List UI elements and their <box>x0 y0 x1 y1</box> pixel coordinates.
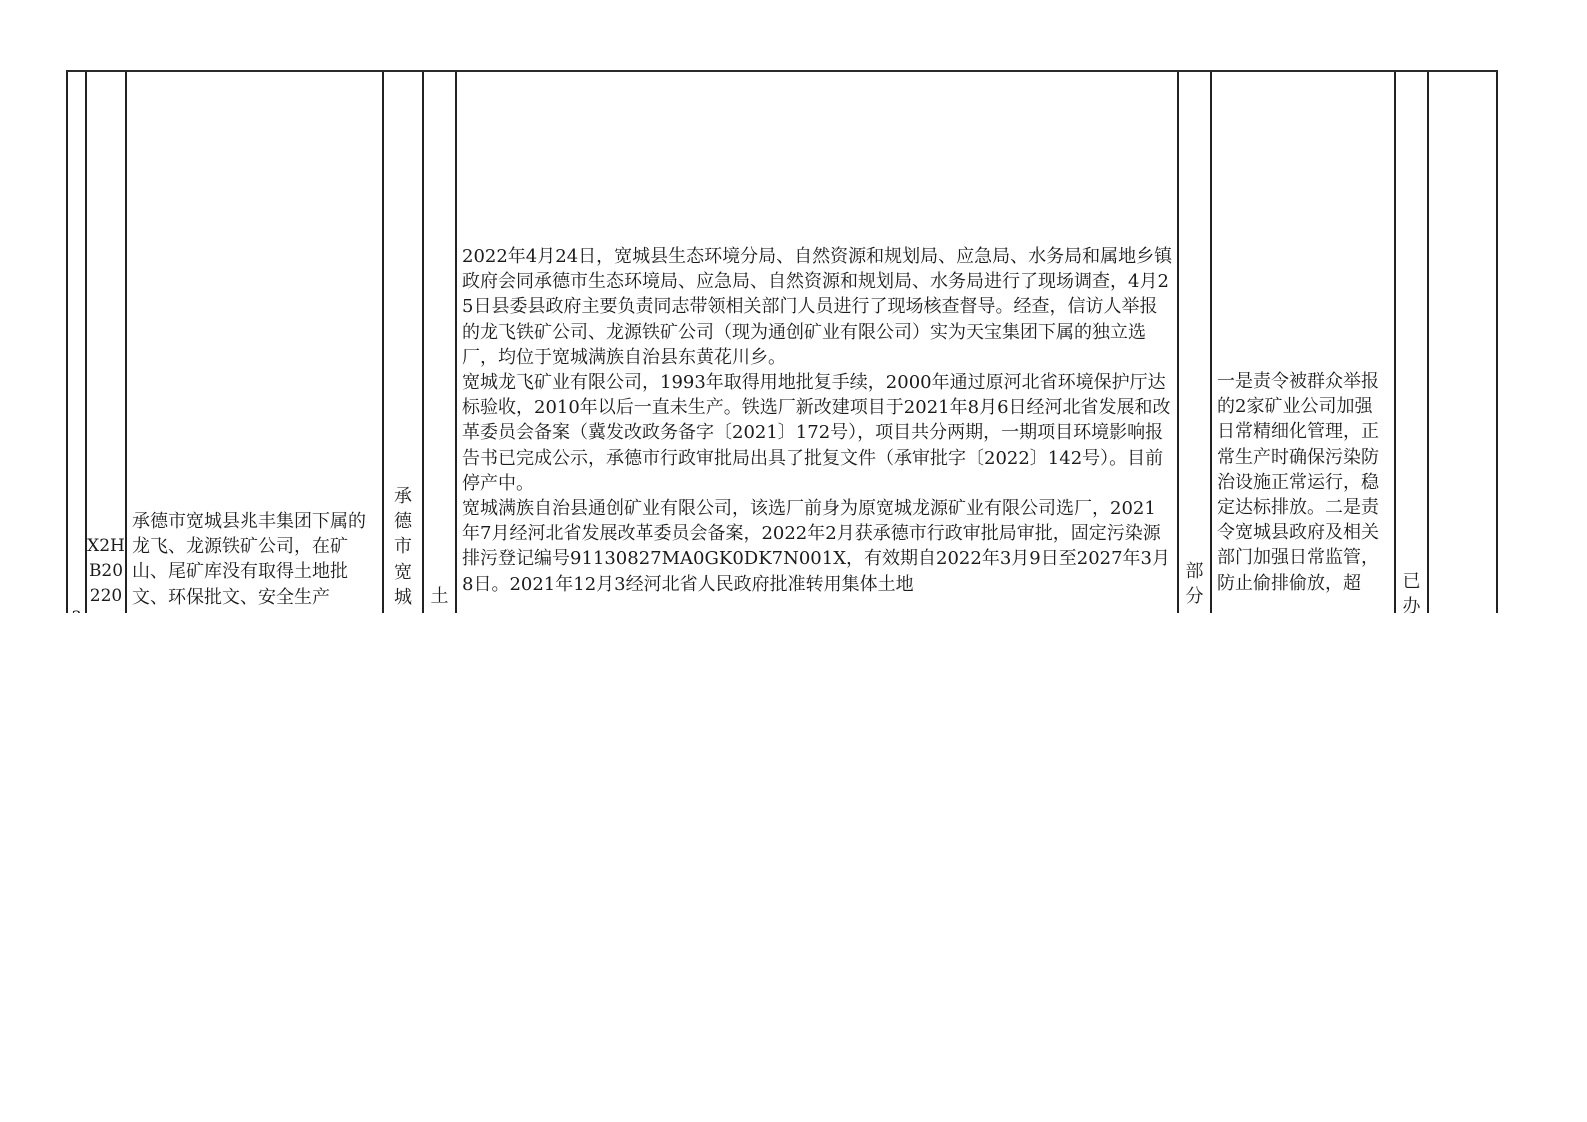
cell-verdict: 部 分 <box>1177 72 1210 613</box>
complaint-text: 承德市宽城县兆丰集团下属的龙飞、龙源铁矿公司，在矿山、尾矿库没有取得土地批文、环… <box>127 509 382 610</box>
cell-code: X2H B20 220 <box>85 72 125 613</box>
code-line: X2H <box>87 534 125 559</box>
cell-remark <box>1427 72 1498 613</box>
region-char: 市 <box>384 534 422 559</box>
region-char: 宽 <box>384 560 422 585</box>
cell-region: 承 德 市 宽 城 <box>382 72 422 613</box>
cell-seq: 3 <box>66 72 85 613</box>
investigation-paragraph: 2022年4月24日，宽城县生态环境分局、自然资源和规划局、应急局、水务局和属地… <box>462 244 1173 370</box>
document-page: 3 X2H B20 220 承德市宽城县兆丰集团下属的龙飞、龙源铁矿公司，在矿山… <box>0 0 1587 1122</box>
cell-measures: 一是责令被群众举报的2家矿业公司加强日常精细化管理，正常生产时确保污染防治设施正… <box>1210 72 1394 613</box>
investigation-paragraph: 宽城满族自治县通创矿业有限公司，该选厂前身为原宽城龙源矿业有限公司选厂，2021… <box>462 496 1173 597</box>
complaint-table: 3 X2H B20 220 承德市宽城县兆丰集团下属的龙飞、龙源铁矿公司，在矿山… <box>66 70 1498 613</box>
investigation-paragraph: 宽城龙飞矿业有限公司，1993年取得用地批复手续，2000年通过原河北省环境保护… <box>462 370 1173 496</box>
cell-type: 土 <box>422 72 455 613</box>
region-char: 德 <box>384 509 422 534</box>
cell-complaint: 承德市宽城县兆丰集团下属的龙飞、龙源铁矿公司，在矿山、尾矿库没有取得土地批文、环… <box>125 72 382 613</box>
verdict-char: 分 <box>1179 584 1210 609</box>
seq-number: 3 <box>68 604 85 613</box>
region-char: 城 <box>384 585 422 610</box>
code-line: 220 <box>87 584 125 609</box>
status-char: 办 <box>1396 594 1427 613</box>
measures-text: 一是责令被群众举报的2家矿业公司加强日常精细化管理，正常生产时确保污染防治设施正… <box>1212 369 1394 596</box>
cell-status: 已 办 <box>1394 72 1427 613</box>
code-line: B20 <box>87 559 125 584</box>
status-char: 已 <box>1396 569 1427 594</box>
type-text: 土 <box>424 584 455 609</box>
investigation-text: 2022年4月24日，宽城县生态环境分局、自然资源和规划局、应急局、水务局和属地… <box>457 244 1177 597</box>
region-char: 承 <box>384 484 422 509</box>
table-viewport: 3 X2H B20 220 承德市宽城县兆丰集团下属的龙飞、龙源铁矿公司，在矿山… <box>66 70 1498 613</box>
verdict-char: 部 <box>1179 559 1210 584</box>
cell-investigation: 2022年4月24日，宽城县生态环境分局、自然资源和规划局、应急局、水务局和属地… <box>455 72 1177 613</box>
